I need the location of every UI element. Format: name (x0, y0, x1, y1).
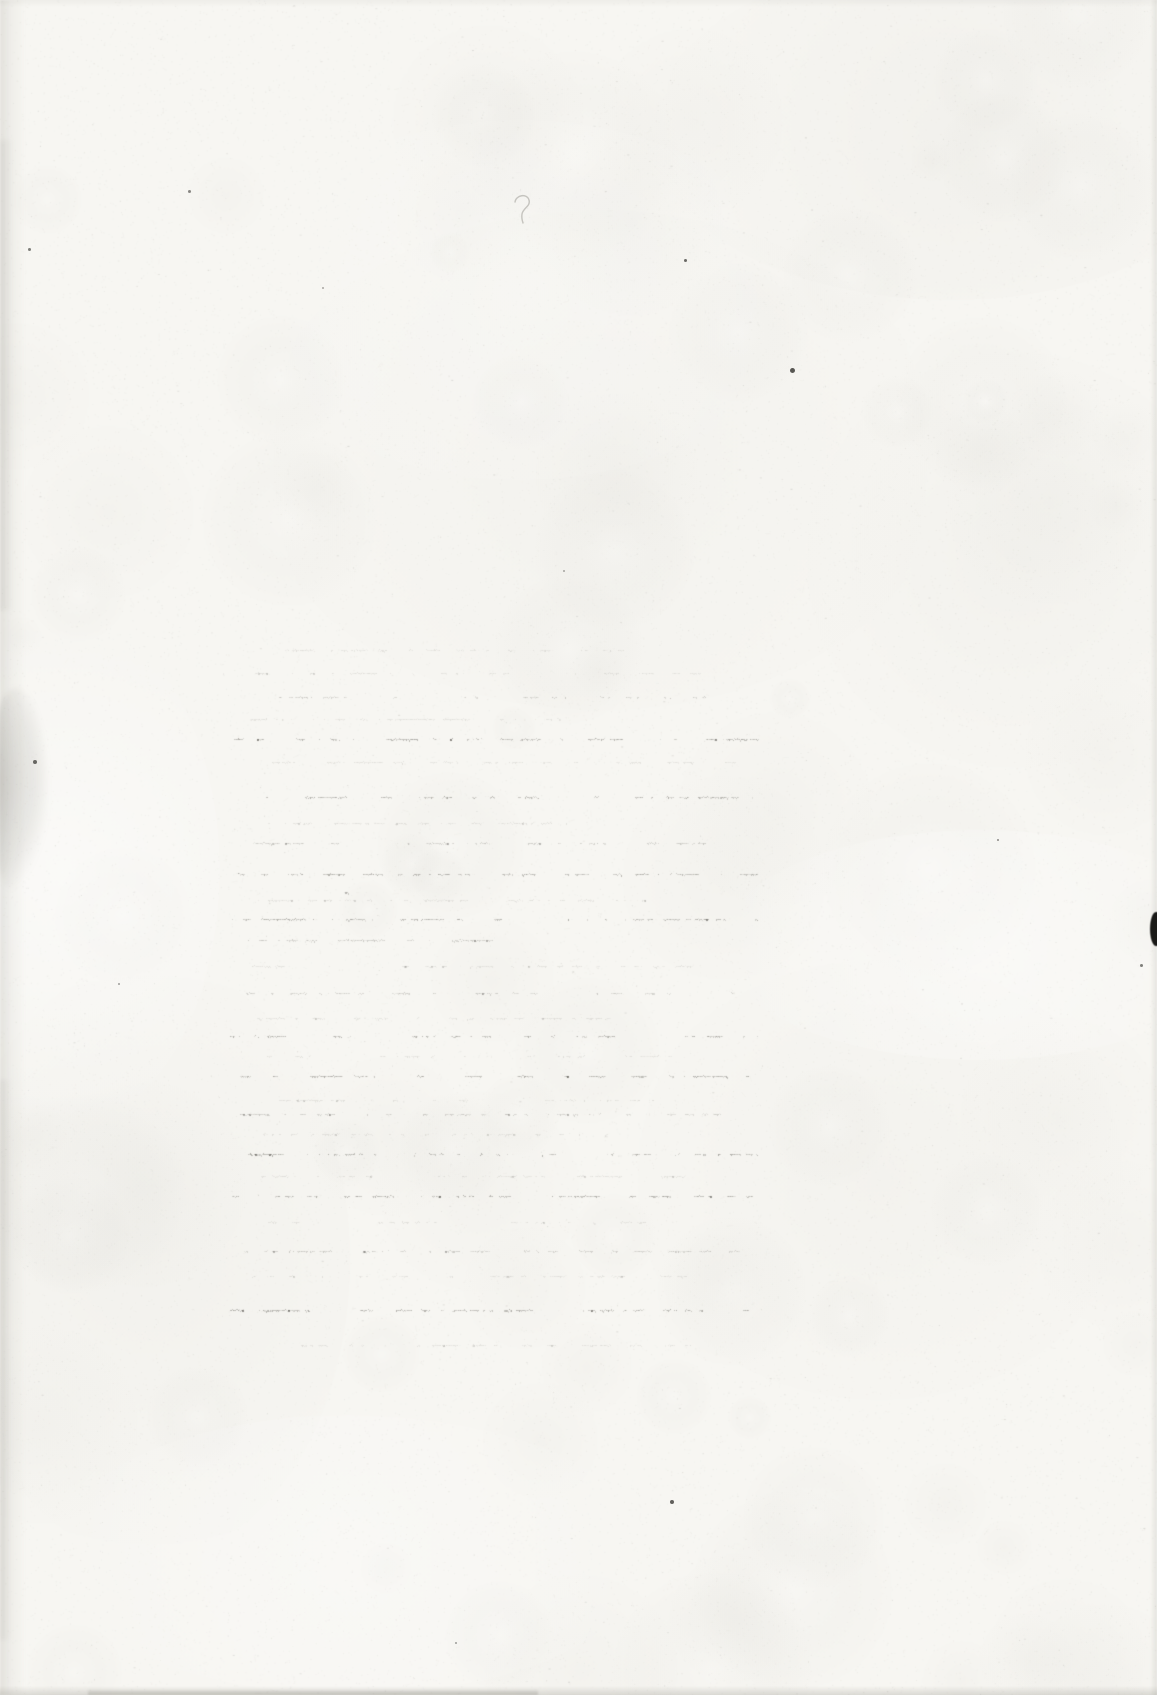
ink-speck (997, 839, 999, 841)
right-edge-ink-blob (1150, 912, 1157, 946)
paper-texture (0, 0, 1157, 1695)
ink-speck (28, 248, 31, 251)
ink-speck (563, 570, 565, 572)
ink-speck (684, 259, 687, 262)
ink-speck (118, 983, 120, 985)
ink-speck (322, 287, 324, 289)
hook-scratch-mark (510, 192, 536, 230)
scanned-page (0, 0, 1157, 1695)
ink-speck (670, 1500, 674, 1504)
bottom-edge-smudge (88, 1689, 538, 1695)
ink-speck (790, 368, 795, 373)
ink-speck (188, 190, 191, 193)
ink-speck (33, 760, 37, 764)
ink-speck (455, 1642, 457, 1644)
ink-speck (1140, 964, 1143, 967)
